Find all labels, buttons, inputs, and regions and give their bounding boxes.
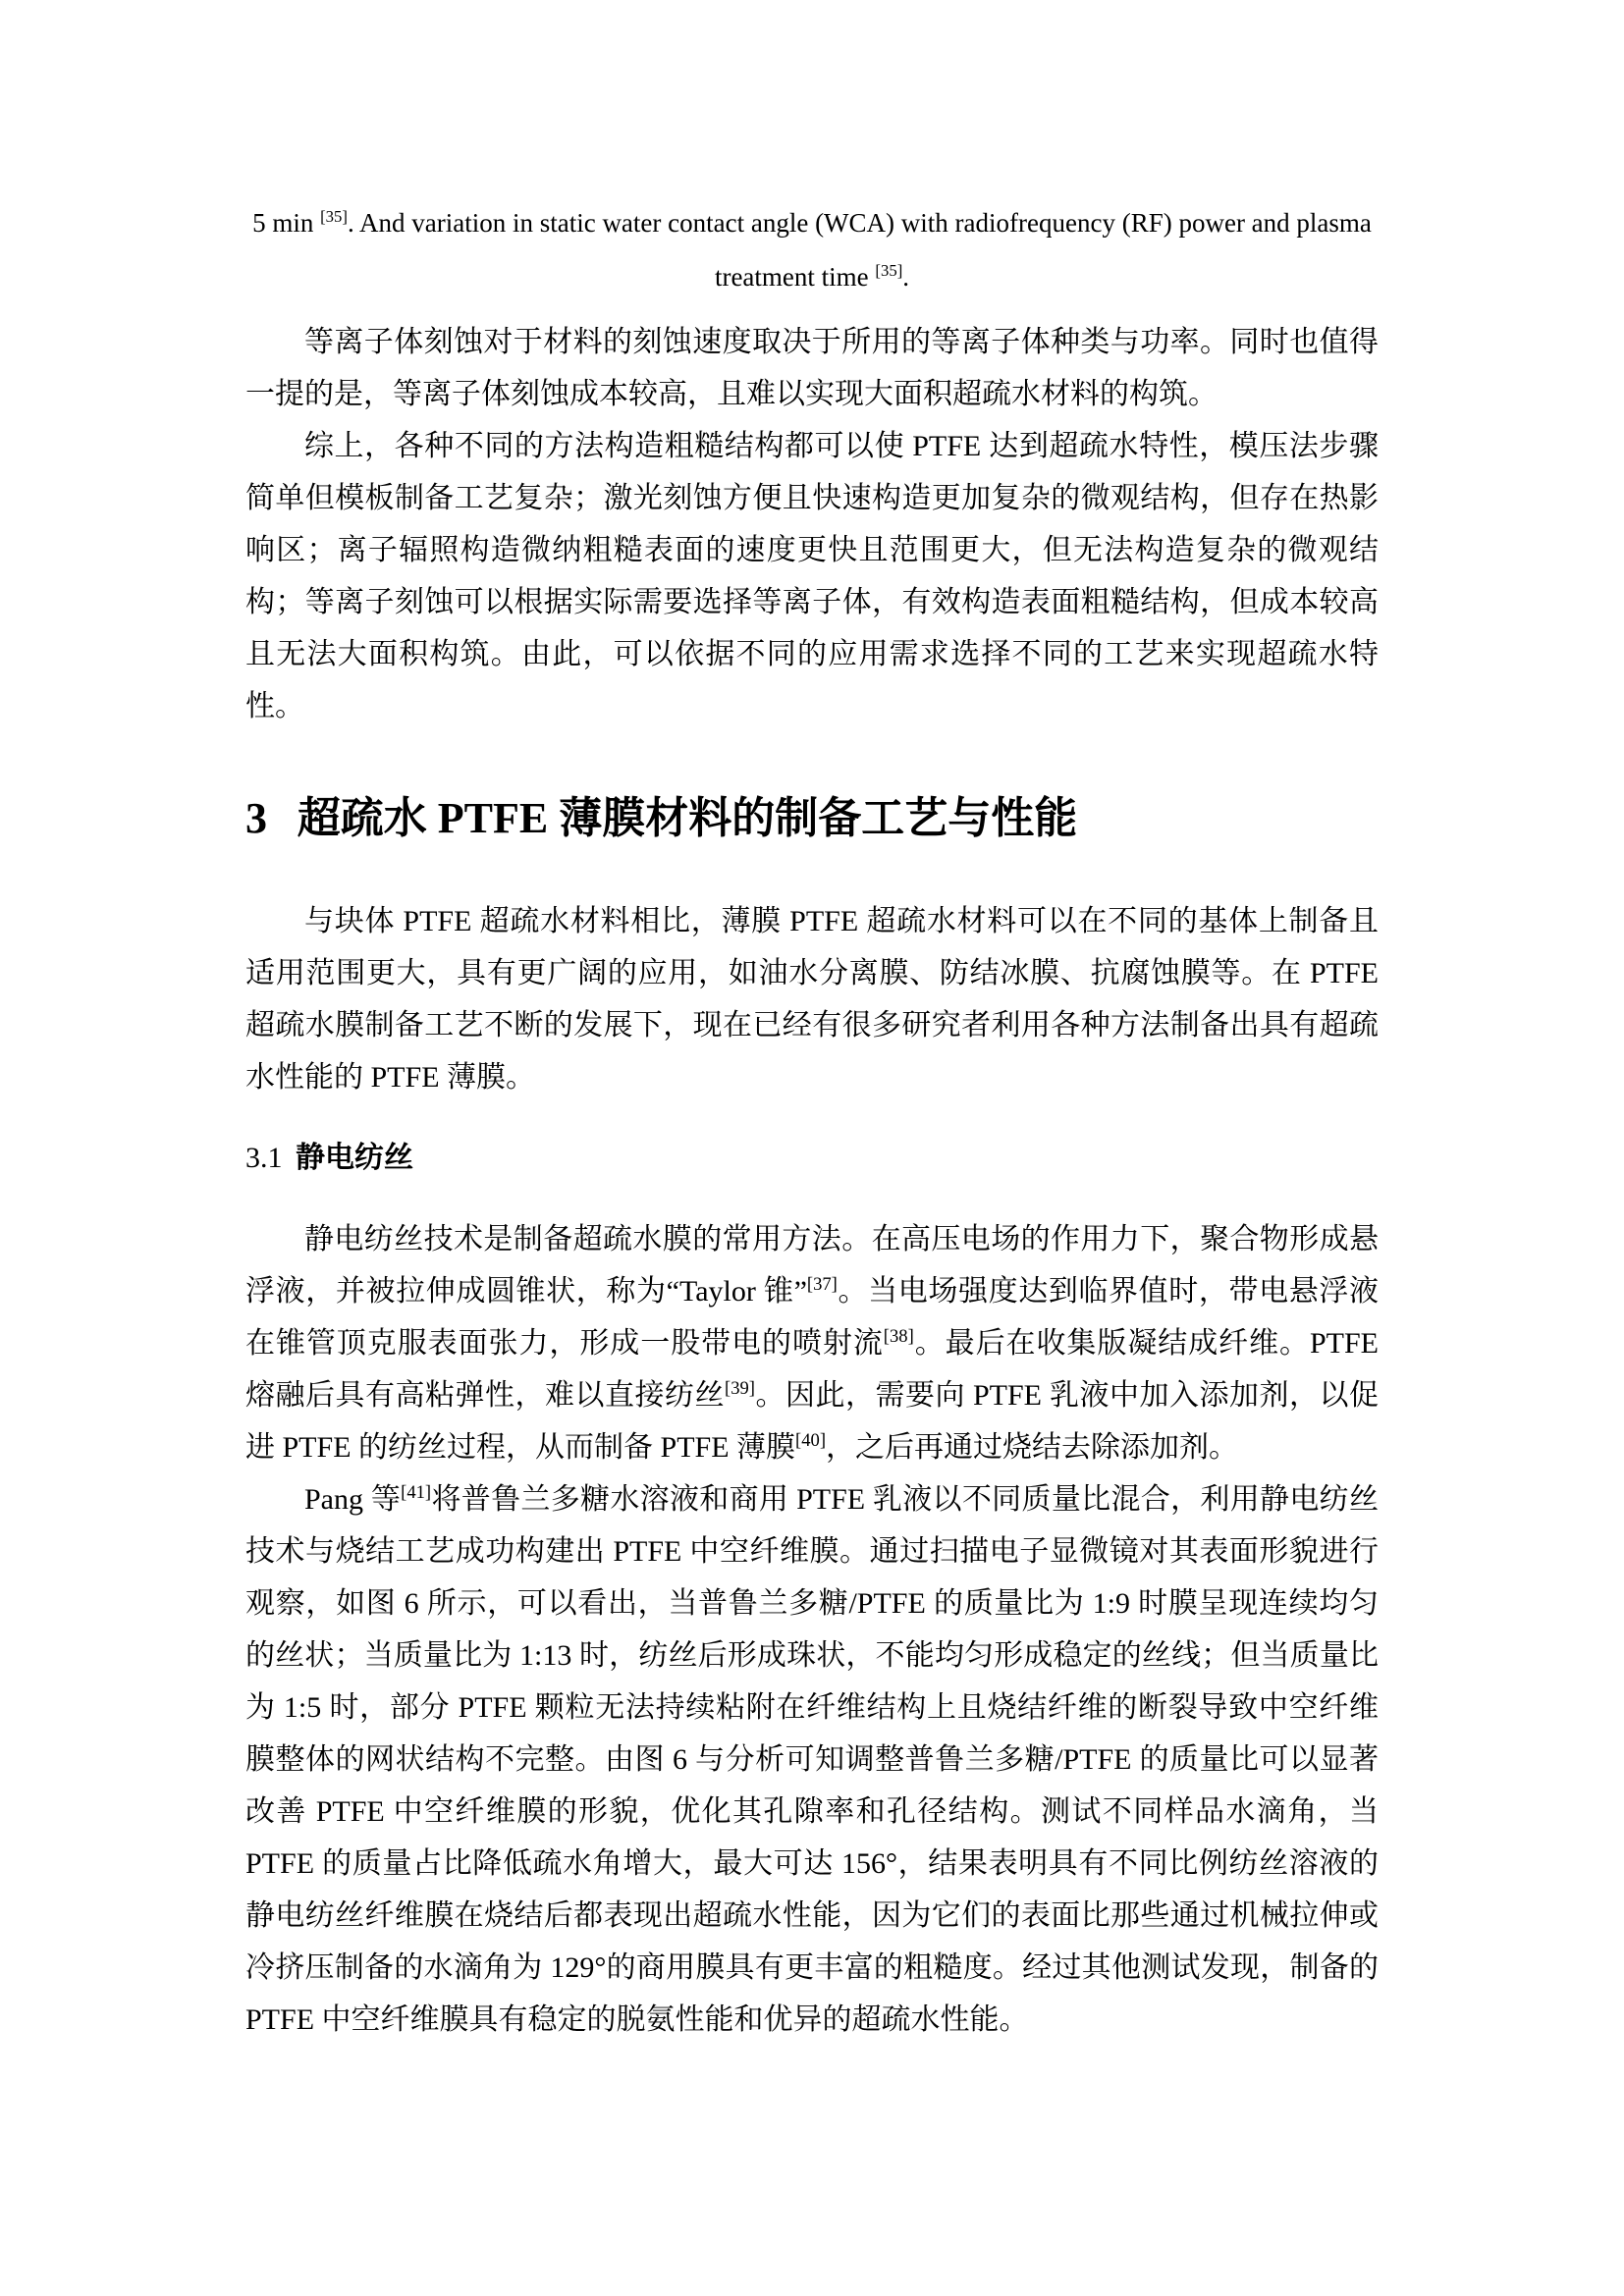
citation-ref: [38]	[884, 1326, 914, 1347]
section-title: 超疏水 PTFE 薄膜材料的制备工艺与性能	[298, 794, 1077, 842]
document-page: 5 min [35]. And variation in static wate…	[0, 0, 1624, 2296]
document-content: 5 min [35]. And variation in static wate…	[245, 196, 1379, 2046]
body-paragraph: Pang 等[41]将普鲁兰多糖水溶液和商用 PTFE 乳液以不同质量比混合，利…	[245, 1473, 1379, 2046]
text-run: 将普鲁兰多糖水溶液和商用 PTFE 乳液以不同质量比混合，利用静电纺丝技术与烧结…	[245, 1483, 1379, 2036]
body-paragraph: 静电纺丝技术是制备超疏水膜的常用方法。在高压电场的作用力下，聚合物形成悬浮液，并…	[245, 1213, 1379, 1473]
text-run: Pang 等	[304, 1483, 401, 1516]
text-run: 等离子体刻蚀对于材料的刻蚀速度取决于所用的等离子体种类与功率。同时也值得一提的是…	[245, 326, 1379, 410]
body-paragraph: 等离子体刻蚀对于材料的刻蚀速度取决于所用的等离子体种类与功率。同时也值得一提的是…	[245, 316, 1379, 420]
body-paragraph: 综上，各种不同的方法构造粗糙结构都可以使 PTFE 达到超疏水特性，模压法步骤简…	[245, 420, 1379, 732]
text-run: .	[902, 262, 909, 292]
text-run: 综上，各种不同的方法构造粗糙结构都可以使 PTFE 达到超疏水特性，模压法步骤简…	[245, 430, 1379, 722]
section-number: 3	[245, 794, 267, 842]
figure-caption-english: 5 min [35]. And variation in static wate…	[245, 196, 1379, 304]
citation-ref: [40]	[795, 1430, 826, 1451]
section-heading: 3超疏水 PTFE 薄膜材料的制备工艺与性能	[245, 789, 1379, 848]
subsection-number: 3.1	[245, 1142, 283, 1174]
text-run: ，之后再通过烧结去除添加剂。	[826, 1431, 1238, 1464]
subsection-title: 静电纺丝	[296, 1142, 413, 1174]
citation-ref: [35]	[875, 261, 902, 280]
text-run: 与块体 PTFE 超疏水材料相比，薄膜 PTFE 超疏水材料可以在不同的基体上制…	[245, 905, 1379, 1094]
citation-ref: [35]	[320, 207, 348, 226]
text-run: . And variation in static water contact …	[348, 208, 1372, 292]
subsection-heading: 3.1静电纺丝	[245, 1137, 1379, 1180]
body-paragraph: 与块体 PTFE 超疏水材料相比，薄膜 PTFE 超疏水材料可以在不同的基体上制…	[245, 895, 1379, 1103]
citation-ref: [39]	[725, 1378, 755, 1399]
text-run: 5 min	[252, 208, 320, 238]
citation-ref: [37]	[807, 1274, 838, 1295]
citation-ref: [41]	[401, 1482, 431, 1503]
